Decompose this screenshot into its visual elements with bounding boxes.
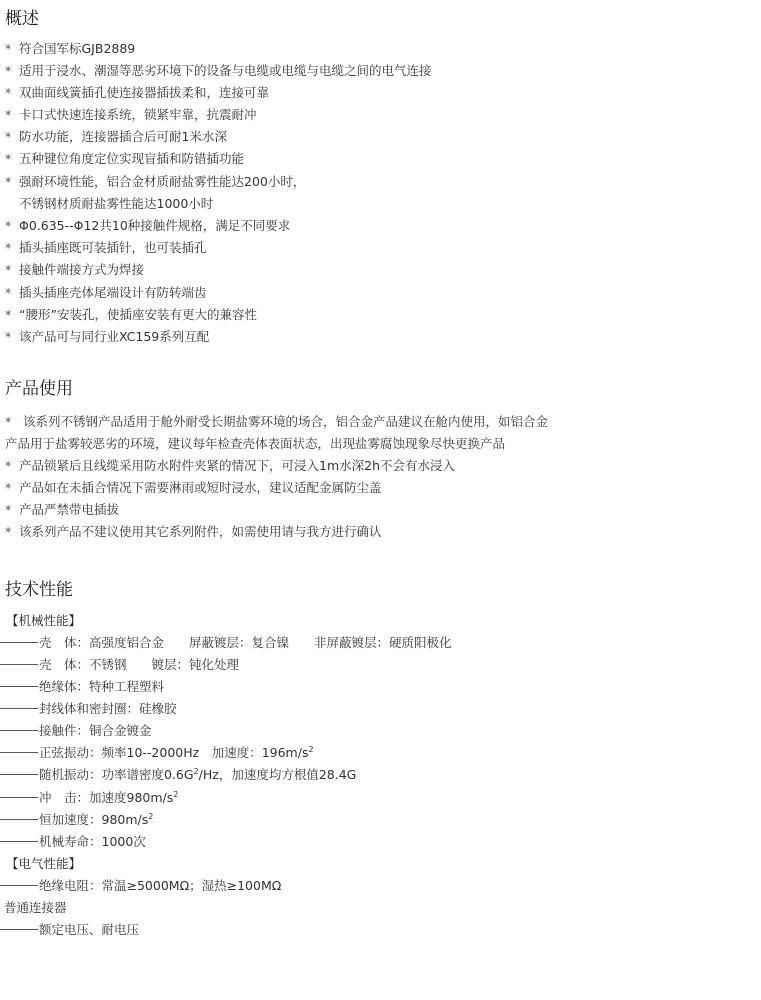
overview-item-text: 插头插座壳体尾端设计有防转端齿 bbox=[19, 285, 207, 300]
dash-icon bbox=[0, 642, 38, 643]
usage-item-text: 产品严禁带电插拔 bbox=[19, 502, 119, 517]
spec-row: 壳 体：不锈钢 镀层：钝化处理 bbox=[0, 656, 239, 674]
dash-icon bbox=[0, 664, 38, 665]
electrical-heading: 【电气性能】 bbox=[6, 855, 81, 873]
mechanical-heading: 【机械性能】 bbox=[6, 612, 81, 630]
bullet-icon: * bbox=[5, 62, 19, 80]
overview-item-text: “腰形”安装孔，使插座安装有更大的兼容性 bbox=[19, 307, 257, 322]
bullet-icon: * bbox=[5, 306, 19, 324]
spec-row: 封线体和密封圈：硅橡胶 bbox=[0, 700, 177, 718]
bullet-icon: * bbox=[5, 239, 19, 257]
spec-row: 绝缘体：特种工程塑料 bbox=[0, 678, 164, 696]
spec-text: 普通连接器 bbox=[4, 900, 67, 915]
usage-item: *产品如在未插合情况下需要淋雨或短时浸水，建议适配金属防尘盖 bbox=[5, 479, 382, 497]
superscript: 2 bbox=[173, 790, 178, 799]
spec-row: 恒加速度：980m/s2 bbox=[0, 811, 153, 829]
spec-subheading: 普通连接器 bbox=[4, 899, 67, 917]
overview-title: 概述 bbox=[5, 8, 39, 30]
dash-icon bbox=[0, 929, 38, 930]
dash-icon bbox=[0, 885, 38, 886]
usage-item-text: 该系列产品不建议使用其它系列附件，如需使用请与我方进行确认 bbox=[19, 524, 382, 539]
bullet-icon: * bbox=[5, 479, 19, 497]
overview-item: *强耐环境性能，铝合金材质耐盐雾性能达200小时， bbox=[5, 173, 305, 191]
bullet-icon: * bbox=[5, 284, 19, 302]
bullet-icon: * bbox=[5, 84, 19, 102]
overview-item-text: 强耐环境性能，铝合金材质耐盐雾性能达200小时， bbox=[19, 174, 305, 189]
overview-item-text: 符合国军标GJB2889 bbox=[19, 41, 135, 56]
spec-row: 绝缘电阻：常温≥5000MΩ；湿热≥100MΩ bbox=[0, 877, 281, 895]
spec-text: 封线体和密封圈：硅橡胶 bbox=[39, 701, 177, 716]
bullet-icon: * bbox=[5, 217, 19, 235]
usage-item-text: 该系列不锈钢产品适用于舱外耐受长期盐雾环境的场合，铝合金产品建议在舱内使用，如铝… bbox=[19, 414, 548, 429]
spec-row: 冲 击：加速度980m/s2 bbox=[0, 789, 178, 807]
usage-item-text: 产品锁紧后且线缆采用防水附件夹紧的情况下，可浸入1m水深2h不会有水浸入 bbox=[19, 458, 455, 473]
bullet-icon: * bbox=[5, 150, 19, 168]
overview-item-continuation: 不锈钢材质耐盐雾性能达1000小时 bbox=[5, 195, 213, 213]
spec-text: 壳 体：不锈钢 镀层：钝化处理 bbox=[39, 657, 239, 672]
spec-text: 额定电压、耐电压 bbox=[39, 922, 139, 937]
bullet-icon: * bbox=[5, 173, 19, 191]
spec-text: 正弦振动：频率10--2000Hz 加速度：196m/s bbox=[39, 745, 308, 760]
bullet-icon: * bbox=[5, 501, 19, 519]
usage-item: *该系列产品不建议使用其它系列附件，如需使用请与我方进行确认 bbox=[5, 523, 382, 541]
spec-row: 壳 体：高强度铝合金 屏蔽镀层：复合镍 非屏蔽镀层：硬质阳极化 bbox=[0, 634, 452, 652]
overview-item: *插头插座壳体尾端设计有防转端齿 bbox=[5, 284, 207, 302]
dash-icon bbox=[0, 708, 38, 709]
bullet-icon: * bbox=[5, 413, 19, 431]
overview-item-text: 适用于浸水、潮湿等恶劣环境下的设备与电缆或电缆与电缆之间的电气连接 bbox=[19, 63, 432, 78]
spec-row: 接触件：铜合金镀金 bbox=[0, 722, 152, 740]
usage-item: *产品锁紧后且线缆采用防水附件夹紧的情况下，可浸入1m水深2h不会有水浸入 bbox=[5, 457, 455, 475]
overview-item: *Φ0.635--Φ12共10种接触件规格，满足不同要求 bbox=[5, 217, 290, 235]
overview-item: *接触件端接方式为焊接 bbox=[5, 261, 144, 279]
overview-item-text: 双曲面线簧插孔使连接器插拔柔和，连接可靠 bbox=[19, 85, 269, 100]
overview-item: *“腰形”安装孔，使插座安装有更大的兼容性 bbox=[5, 306, 257, 324]
usage-item: * 该系列不锈钢产品适用于舱外耐受长期盐雾环境的场合，铝合金产品建议在舱内使用，… bbox=[5, 413, 548, 431]
dash-icon bbox=[0, 686, 38, 687]
tech-title: 技术性能 bbox=[5, 579, 73, 601]
overview-item-text: 不锈钢材质耐盐雾性能达1000小时 bbox=[19, 196, 213, 211]
bullet-icon: * bbox=[5, 328, 19, 346]
usage-item-text: 产品如在未插合情况下需要淋雨或短时浸水，建议适配金属防尘盖 bbox=[19, 480, 382, 495]
superscript: 2 bbox=[308, 745, 313, 754]
overview-item-text: 该产品可与同行业XC159系列互配 bbox=[19, 329, 209, 344]
spec-text: 壳 体：高强度铝合金 屏蔽镀层：复合镍 非屏蔽镀层：硬质阳极化 bbox=[39, 635, 452, 650]
spec-text: 随机振动：功率谱密度0.6G bbox=[39, 767, 194, 782]
spec-row: 额定电压、耐电压 bbox=[0, 921, 139, 939]
bullet-icon: * bbox=[5, 457, 19, 475]
dash-icon bbox=[0, 797, 38, 798]
usage-item: *产品严禁带电插拔 bbox=[5, 501, 119, 519]
spec-text: 接触件：铜合金镀金 bbox=[39, 723, 152, 738]
overview-item-text: 插头插座既可装插针，也可装插孔 bbox=[19, 240, 207, 255]
spec-text: 绝缘体：特种工程塑料 bbox=[39, 679, 164, 694]
spec-text: 机械寿命：1000次 bbox=[39, 834, 146, 849]
overview-item: *插头插座既可装插针，也可装插孔 bbox=[5, 239, 207, 257]
spec-row: 机械寿命：1000次 bbox=[0, 833, 146, 851]
overview-item-text: 五种键位角度定位实现盲插和防错插功能 bbox=[19, 151, 244, 166]
dash-icon bbox=[0, 730, 38, 731]
overview-item-text: 接触件端接方式为焊接 bbox=[19, 262, 144, 277]
overview-item: *双曲面线簧插孔使连接器插拔柔和，连接可靠 bbox=[5, 84, 269, 102]
dash-icon bbox=[0, 841, 38, 842]
spec-text: 冲 击：加速度980m/s bbox=[39, 790, 173, 805]
overview-item-text: 卡口式快速连接系统，锁紧牢靠，抗震耐冲 bbox=[19, 107, 257, 122]
bullet-icon: * bbox=[5, 128, 19, 146]
spec-text: 绝缘电阻：常温≥5000MΩ；湿热≥100MΩ bbox=[39, 878, 281, 893]
overview-item-text: 防水功能，连接器插合后可耐1米水深 bbox=[19, 129, 227, 144]
usage-item-continuation: 产品用于盐雾较恶劣的环境，建议每年检查壳体表面状态，出现盐雾腐蚀现象尽快更换产品 bbox=[5, 435, 505, 453]
usage-item-text: 产品用于盐雾较恶劣的环境，建议每年检查壳体表面状态，出现盐雾腐蚀现象尽快更换产品 bbox=[5, 436, 505, 451]
usage-title: 产品使用 bbox=[5, 378, 73, 400]
overview-item: *卡口式快速连接系统，锁紧牢靠，抗震耐冲 bbox=[5, 106, 257, 124]
overview-item: *该产品可与同行业XC159系列互配 bbox=[5, 328, 209, 346]
dash-icon bbox=[0, 774, 38, 775]
superscript: 2 bbox=[148, 812, 153, 821]
dash-icon bbox=[0, 752, 38, 753]
overview-item: *适用于浸水、潮湿等恶劣环境下的设备与电缆或电缆与电缆之间的电气连接 bbox=[5, 62, 432, 80]
overview-item-text: Φ0.635--Φ12共10种接触件规格，满足不同要求 bbox=[19, 218, 290, 233]
bullet-icon: * bbox=[5, 523, 19, 541]
overview-item: *五种键位角度定位实现盲插和防错插功能 bbox=[5, 150, 244, 168]
spec-row: 正弦振动：频率10--2000Hz 加速度：196m/s2 bbox=[0, 744, 314, 762]
spec-text: /Hz，加速度均方根值28.4G bbox=[199, 767, 357, 782]
overview-item: *防水功能，连接器插合后可耐1米水深 bbox=[5, 128, 227, 146]
spec-row: 随机振动：功率谱密度0.6G2/Hz，加速度均方根值28.4G bbox=[0, 766, 356, 784]
bullet-icon: * bbox=[5, 261, 19, 279]
dash-icon bbox=[0, 819, 38, 820]
spec-text: 恒加速度：980m/s bbox=[39, 812, 148, 827]
overview-item: *符合国军标GJB2889 bbox=[5, 40, 135, 58]
bullet-icon: * bbox=[5, 106, 19, 124]
bullet-icon: * bbox=[5, 40, 19, 58]
